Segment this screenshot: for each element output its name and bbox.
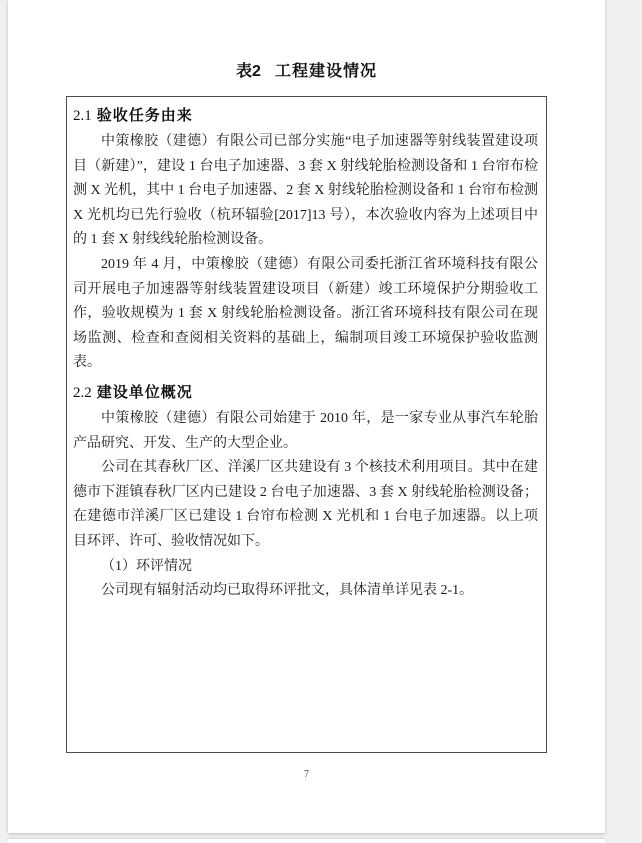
section-title: 验收任务由来 [97,107,193,124]
page-title: 表2工程建设情况 [8,58,605,81]
paragraph-2-2-2: 公司在其春秋厂区、洋溪厂区共建设有 3 个核技术利用项目。其中在建德市下涯镇春秋… [73,456,538,554]
paragraph-2-1-2: 2019 年 4 月，中策橡胶（建德）有限公司委托浙江省环境科技有限公司开展电子… [73,253,538,376]
section-number: 2.1 [73,108,92,124]
paragraph-2-2-4: 公司现有辐射活动均已取得环评批文，具体清单详见表 2-1。 [73,579,538,604]
section-number: 2.2 [73,385,92,401]
next-page-edge [8,839,605,843]
table-title-text: 工程建设情况 [275,63,377,80]
section-heading-2-2: 2.2建设单位概况 [73,381,538,405]
section-title: 建设单位概况 [97,384,193,401]
content-table-box: 2.1验收任务由来 中策橡胶（建德）有限公司已部分实施“电子加速器等射线装置建设… [66,96,547,753]
paragraph-2-1-1: 中策橡胶（建德）有限公司已部分实施“电子加速器等射线装置建设项目（新建）”，建设… [73,130,538,253]
section-heading-2-1: 2.1验收任务由来 [73,104,538,128]
paragraph-2-2-3: （1）环评情况 [73,555,538,580]
document-page: 表2工程建设情况 2.1验收任务由来 中策橡胶（建德）有限公司已部分实施“电子加… [8,0,605,833]
paragraph-2-2-1: 中策橡胶（建德）有限公司始建于 2010 年，是一家专业从事汽车轮胎产品研究、开… [73,407,538,456]
page-number: 7 [8,769,605,780]
table-label: 表2 [236,63,261,80]
